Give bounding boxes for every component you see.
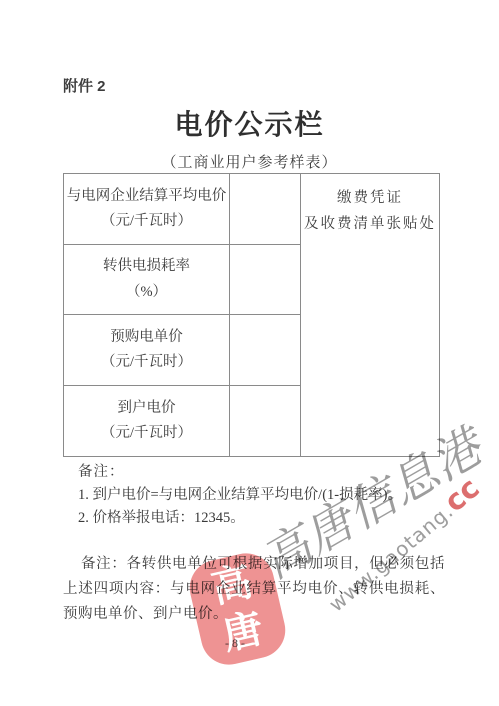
merged-line1: 缴费凭证 <box>337 190 403 207</box>
watermark-url-red: cc <box>438 470 486 518</box>
table-row-value-settlement-price <box>230 174 301 245</box>
label-line1: 与电网企业结算平均电价 <box>67 188 227 205</box>
table-row-label-settlement-price: 与电网企业结算平均电价 （元/千瓦时） <box>64 174 230 245</box>
notes-top-item-1: 1. 到户电价=与电网企业结算平均电价/(1-损耗率)。 <box>78 484 402 507</box>
price-table: 与电网企业结算平均电价 （元/千瓦时） 缴费凭证 及收费清单张贴处 转供电损耗率… <box>63 173 440 457</box>
document-page: 附件 2 电价公示栏 （工商业用户参考样表） 与电网企业结算平均电价 （元/千瓦… <box>0 0 499 706</box>
table-row-label-household-price: 到户电价 （元/千瓦时） <box>64 386 230 457</box>
page-subtitle: （工商业用户参考样表） <box>0 151 499 172</box>
notes-bottom: 备注：各转供电单位可根据实际增加项目，但必须包括上述四项内容：与电网企业结算平均… <box>63 552 445 627</box>
table-row-label-prepurchase-price: 预购电单价 （元/千瓦时） <box>64 315 230 386</box>
table-row-value-loss-rate <box>230 245 301 316</box>
label-line1: 到户电价 <box>118 400 176 417</box>
label-line1: 转供电损耗率 <box>103 258 190 275</box>
label-line2: （%） <box>126 284 167 301</box>
merged-line2: 及收费清单张贴处 <box>304 216 436 233</box>
label-line1: 预购电单价 <box>110 329 183 346</box>
label-line2: （元/千瓦时） <box>101 354 192 371</box>
page-number: - 8 - <box>200 636 270 651</box>
notes-top-item-2: 2. 价格举报电话：12345。 <box>78 507 402 530</box>
attachment-label: 附件 2 <box>63 75 106 96</box>
notes-top-heading: 备注： <box>78 461 402 484</box>
notes-top: 备注： 1. 到户电价=与电网企业结算平均电价/(1-损耗率)。 2. 价格举报… <box>78 461 402 530</box>
label-line2: （元/千瓦时） <box>101 425 192 442</box>
page-title: 电价公示栏 <box>0 103 499 143</box>
table-row-value-household-price <box>230 386 301 457</box>
label-line2: （元/千瓦时） <box>101 213 192 230</box>
table-row-value-prepurchase-price <box>230 315 301 386</box>
table-row-label-loss-rate: 转供电损耗率 （%） <box>64 245 230 316</box>
table-merged-cell-payment-voucher: 缴费凭证 及收费清单张贴处 <box>301 174 439 456</box>
